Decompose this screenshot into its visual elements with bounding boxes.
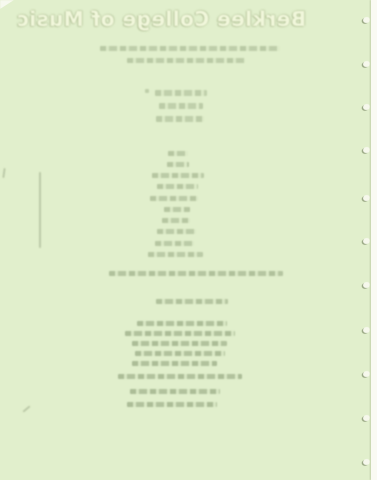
scanned-page: Berklee College of Music	[0, 0, 377, 480]
bleed-line	[148, 252, 203, 257]
bleed-line	[155, 241, 194, 246]
bleed-line	[157, 184, 198, 189]
bleed-line	[137, 321, 227, 326]
bleed-line	[168, 151, 188, 156]
bleed-line	[157, 229, 196, 234]
bleed-line	[159, 103, 203, 109]
scanner-edge-strip	[371, 0, 377, 480]
bleed-line	[130, 389, 220, 394]
bleed-line	[152, 173, 204, 178]
bleed-line	[127, 58, 245, 63]
bleed-line	[132, 361, 217, 366]
bleed-line	[162, 218, 190, 223]
bleed-line	[156, 116, 204, 122]
bleed-line	[164, 207, 190, 212]
bleed-line	[150, 196, 198, 201]
stray-scratch-mark	[22, 405, 30, 412]
bleedthrough-masthead: Berklee College of Music	[28, 7, 306, 32]
bleed-line	[135, 351, 225, 356]
bleed-line	[155, 90, 207, 96]
bleed-line	[132, 341, 227, 346]
bleed-line	[125, 331, 235, 336]
page-corner-sliver	[0, 0, 14, 9]
bleed-line	[109, 271, 283, 276]
bleed-line	[145, 89, 149, 93]
bleed-line	[156, 299, 228, 304]
stray-scratch-mark	[39, 172, 41, 248]
bleed-line	[127, 402, 217, 407]
bleed-line	[118, 374, 242, 379]
bleed-line	[100, 46, 280, 51]
bleed-line	[167, 162, 189, 167]
stray-scratch-mark	[2, 168, 5, 178]
